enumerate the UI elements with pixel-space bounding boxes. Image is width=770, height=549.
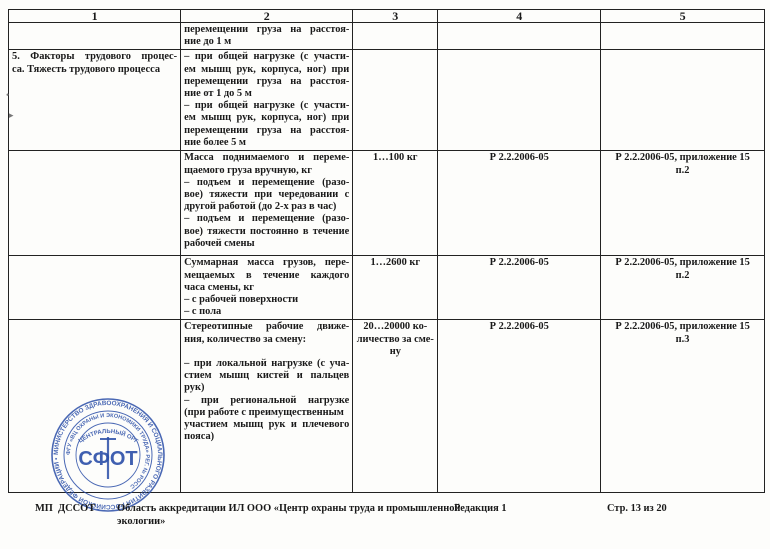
cell-text-line: п.2	[604, 165, 761, 177]
table-row: 5. Факторы трудового процес-са. Тяжесть …	[9, 50, 765, 151]
cell-text-line: ну	[356, 346, 434, 358]
cell-col5: Р 2.2.2006-05, приложение 15п.2	[601, 151, 765, 256]
cell-text-line: ние до 1 м	[184, 36, 349, 48]
cell-col1	[9, 151, 181, 256]
cell-text-line: вое) тяжести постоянно в течение	[184, 226, 349, 238]
cell-col2: Суммарная масса грузов, пере-мещаемых в …	[181, 256, 353, 320]
column-header-1: 1	[9, 10, 181, 23]
cell-col5: Р 2.2.2006-05, приложение 15п.2	[601, 256, 765, 320]
column-header-4: 4	[438, 10, 601, 23]
cell-text-line: другой работой (до 2-х раз в час)	[184, 201, 349, 213]
cell-col2: – при общей нагрузке (с участи-ем мышц р…	[181, 50, 353, 151]
cell-text-line: (при работе с преимущественным	[184, 407, 349, 419]
cell-col2: Масса поднимаемого и переме-щаемого груз…	[181, 151, 353, 256]
cell-col1: 5. Факторы трудового процес-са. Тяжесть …	[9, 50, 181, 151]
cell-text-line: Суммарная масса грузов, пере-	[184, 257, 349, 269]
cell-text-line: перемещении груза на расстоя-	[184, 125, 349, 137]
cell-text-line: – с рабочей поверхности	[184, 294, 349, 306]
cell-text-line: са. Тяжесть трудового процесса	[12, 64, 177, 76]
cell-col2: перемещении груза на расстоя-ние до 1 м	[181, 23, 353, 50]
cell-text-line: – подъем и перемещение (разо-	[184, 213, 349, 225]
cell-col1	[9, 256, 181, 320]
cell-text-line: – подъем и перемещение (разо-	[184, 177, 349, 189]
cell-text: 1…100 кг	[373, 152, 417, 163]
cell-text-line: Р 2.2.2006-05, приложение 15	[604, 321, 761, 333]
cell-text-line: – с пола	[184, 306, 349, 318]
column-header-3: 3	[353, 10, 438, 23]
cell-text-line	[184, 346, 349, 358]
cell-text-line: стием мышц кистей и пальцев	[184, 370, 349, 382]
cell-text-line: личество за сме-	[356, 334, 434, 346]
cell-text-line: п.2	[604, 270, 761, 282]
footer-scope-continued: экологии»	[117, 516, 165, 527]
cell-col3: 20…20000 ко-личество за сме-ну	[353, 320, 438, 493]
table-header-row: 1 2 3 4 5	[9, 10, 765, 23]
certification-scope-table: 1 2 3 4 5 перемещении груза на расстоя-н…	[8, 9, 765, 493]
cell-col1	[9, 23, 181, 50]
cell-col2: Стереотипные рабочие движе-ния, количест…	[181, 320, 353, 493]
cell-col4	[438, 50, 601, 151]
footer-edition: Редакция 1	[454, 503, 507, 514]
column-header-2: 2	[181, 10, 353, 23]
cell-text-line: 20…20000 ко-	[356, 321, 434, 333]
cell-text-line: 5. Факторы трудового процес-	[12, 51, 177, 63]
table-row: Масса поднимаемого и переме-щаемого груз…	[9, 151, 765, 256]
cell-text-line: пояса)	[184, 431, 349, 443]
cell-text-line: ния, количество за смену:	[184, 334, 349, 346]
cell-text-line: перемещении груза на расстоя-	[184, 76, 349, 88]
footer-page-number: Стр. 13 из 20	[607, 503, 667, 514]
cell-text-line: Р 2.2.2006-05, приложение 15	[604, 257, 761, 269]
cell-text-line: п.3	[604, 334, 761, 346]
cell-text-line: ние более 5 м	[184, 137, 349, 149]
cell-col5	[601, 23, 765, 50]
column-header-5: 5	[601, 10, 765, 23]
cell-text: 1…2600 кг	[370, 257, 420, 268]
cell-text-line: Масса поднимаемого и переме-	[184, 152, 349, 164]
cell-text-line: рабочей смены	[184, 238, 349, 250]
cell-col1	[9, 320, 181, 493]
cell-col4: Р 2.2.2006-05	[438, 320, 601, 493]
footer-mp: МП	[35, 503, 53, 514]
cell-col5	[601, 50, 765, 151]
cell-text-line: – при общей нагрузке (с участи-	[184, 51, 349, 63]
cell-col4: Р 2.2.2006-05	[438, 256, 601, 320]
cell-col3	[353, 23, 438, 50]
cell-text: Р 2.2.2006-05	[490, 152, 549, 163]
cell-text-line: – при локальной нагрузке (с уча-	[184, 358, 349, 370]
cell-text-line: ем мышц рук, корпуса, ног) при	[184, 64, 349, 76]
cell-text-line: щаемого груза вручную, кг	[184, 165, 349, 177]
cell-col3	[353, 50, 438, 151]
cell-text-line: – при общей нагрузке (с участи-	[184, 100, 349, 112]
footer-scope: Область аккредитации ИЛ ООО «Центр охран…	[117, 503, 460, 514]
table-row: перемещении груза на расстоя-ние до 1 м	[9, 23, 765, 50]
cell-text: Р 2.2.2006-05	[490, 321, 549, 332]
cell-col4: Р 2.2.2006-05	[438, 151, 601, 256]
table-row: Стереотипные рабочие движе-ния, количест…	[9, 320, 765, 493]
cell-text-line: Стереотипные рабочие движе-	[184, 321, 349, 333]
cell-text-line: вое) тяжести при чередовании с	[184, 189, 349, 201]
cell-text-line: мещаемых в течение каждого	[184, 270, 349, 282]
cell-text-line: ние от 1 до 5 м	[184, 88, 349, 100]
cell-text-line: ем мышц рук, корпуса, ног) при	[184, 112, 349, 124]
cell-text-line: рук)	[184, 382, 349, 394]
cell-text-line: – при региональной нагрузке	[184, 395, 349, 407]
cell-text: Р 2.2.2006-05	[490, 257, 549, 268]
cell-text-line: участием мышц рук и плечевого	[184, 419, 349, 431]
cell-text-line: часа смены, кг	[184, 282, 349, 294]
table-row: Суммарная масса грузов, пере-мещаемых в …	[9, 256, 765, 320]
cell-col3: 1…100 кг	[353, 151, 438, 256]
cell-text-line: Р 2.2.2006-05, приложение 15	[604, 152, 761, 164]
cell-col4	[438, 23, 601, 50]
cell-text-line: перемещении груза на расстоя-	[184, 24, 349, 36]
cell-col5: Р 2.2.2006-05, приложение 15п.3	[601, 320, 765, 493]
footer-system: ДССОТ	[58, 503, 95, 514]
cell-col3: 1…2600 кг	[353, 256, 438, 320]
